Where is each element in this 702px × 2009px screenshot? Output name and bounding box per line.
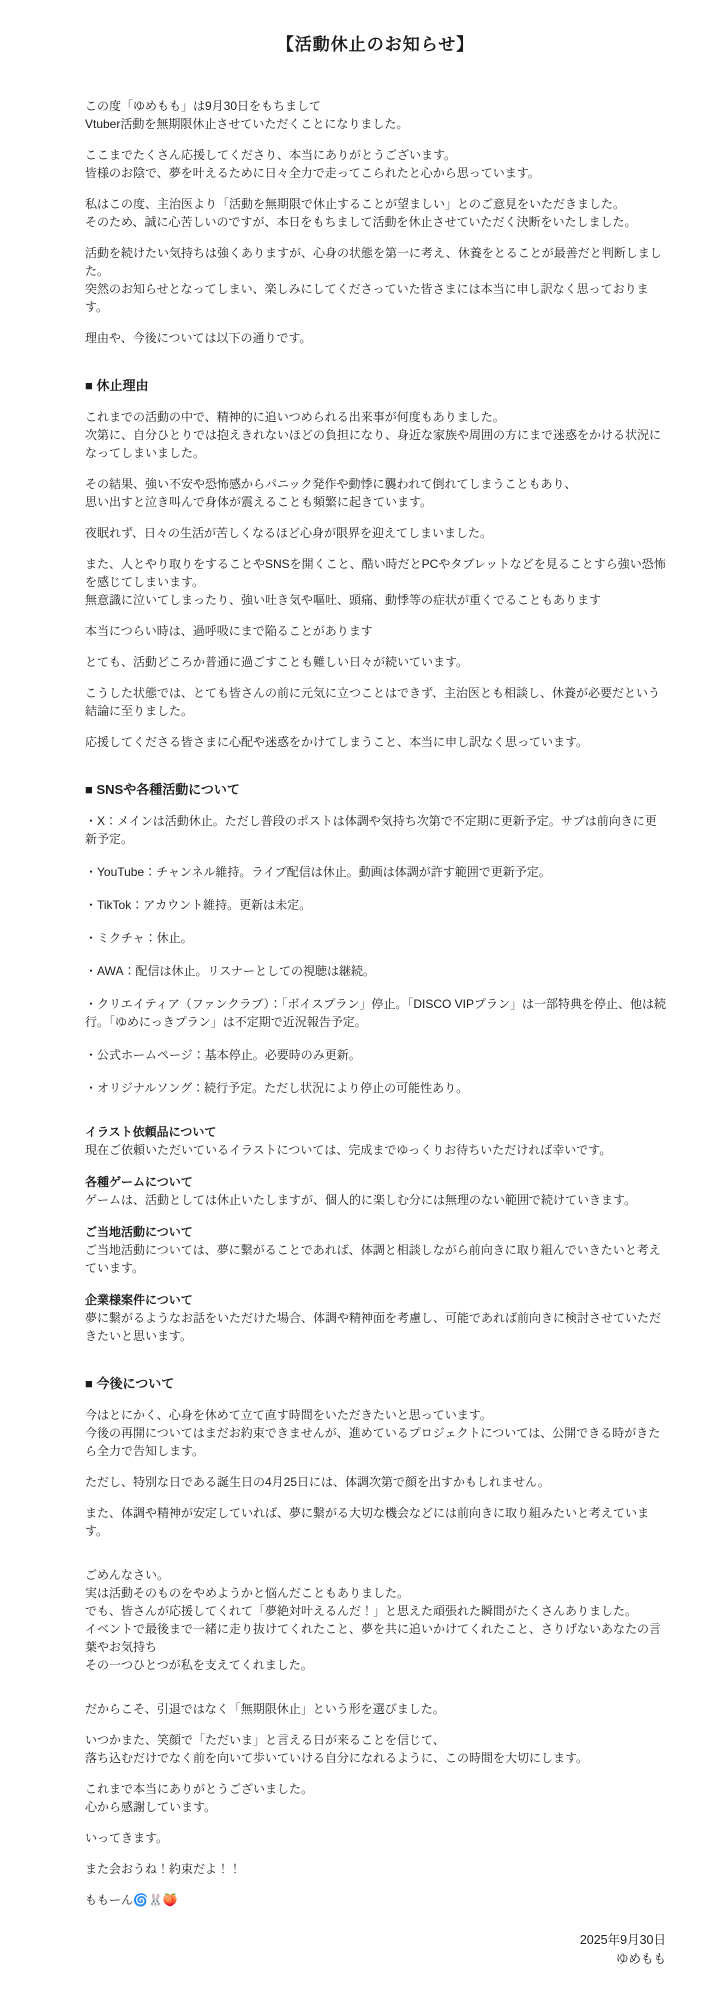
bullet-homepage: ・公式ホームページ：基本停止。必要時のみ更新。 <box>85 1046 666 1064</box>
reason-fear-of-sns: また、人とやり取りをすることやSNSを開くこと、酷い時だとPCやタブレットなどを… <box>85 555 666 609</box>
intro-announcement: この度「ゆめもも」は9月30日をもちまして Vtuber活動を無期限休止させてい… <box>85 97 666 133</box>
sns-heading: ■ SNSや各種活動について <box>85 781 666 799</box>
future-heading: ■ 今後について <box>85 1375 666 1393</box>
page-title: 【活動休止のお知らせ】 <box>85 30 666 55</box>
bullet-mixchannel: ・ミクチャ：休止。 <box>85 929 666 947</box>
not-retirement: だからこそ、引退ではなく「無期限休止」という形を選びました。 <box>85 1700 666 1718</box>
local-activity-subheading: ご当地活動について <box>85 1223 666 1241</box>
future-rest: 今はとにかく、心身を休めて立て直す時間をいただきたいと思っています。 今後の再開… <box>85 1406 666 1460</box>
bullet-fanclub: ・クリエイティア（ファンクラブ）：「ボイスプラン」停止。「DISCO VIPプラ… <box>85 995 666 1031</box>
reason-hyperventilation: 本当につらい時は、過呼吸にまで陥ることがあります <box>85 622 666 640</box>
hope-to-return: いつかまた、笑顔で「ただいま」と言える日が来ることを信じて、 落ち込むだけでなく… <box>85 1731 666 1767</box>
reason-heading: ■ 休止理由 <box>85 377 666 395</box>
apology-reflection: ごめんなさい。 実は活動そのものをやめようかと悩んだこともありました。 でも、皆… <box>85 1566 666 1674</box>
footer-date: 2025年9月30日 <box>85 1931 666 1950</box>
reason-conclusion: こうした状態では、とても皆さんの前に元気に立つことはできず、主治医とも相談し、休… <box>85 684 666 720</box>
reason-sleepless: 夜眠れず、日々の生活が苦しくなるほど心身が限界を迎えてしまいました。 <box>85 524 666 542</box>
footer-author: ゆめもも <box>85 1950 666 1969</box>
bullet-youtube: ・YouTube：チャンネル維持。ライブ配信は休止。動画は体調が許す範囲で更新予… <box>85 863 666 881</box>
signature-emoji-line: ももーん🌀🐰🍑 <box>85 1891 666 1909</box>
intro-doctor-advice: 私はこの度、主治医より「活動を無期限で休止することが望ましい」とのご意見をいただ… <box>85 195 666 231</box>
reason-apology: 応援してくださる皆さまに心配や迷惑をかけてしまうこと、本当に申し訳なく思っていま… <box>85 733 666 751</box>
reason-panic: その結果、強い不安や恐怖感からパニック発作や動悸に襲われて倒れてしまうこともあり… <box>85 475 666 511</box>
document-footer: 2025年9月30日 ゆめもも <box>85 1931 666 1969</box>
reason-daily-life: とても、活動どころか普通に過ごすことも難しい日々が続いています。 <box>85 653 666 671</box>
games-body: ゲームは、活動としては休止いたしますが、個人的に楽しむ分には無理のない範囲で続け… <box>85 1191 666 1209</box>
business-subheading: 企業様案件について <box>85 1291 666 1309</box>
intro-decision: 活動を続けたい気持ちは強くありますが、心身の状態を第一に考え、休養をとることが最… <box>85 244 666 316</box>
announcement-page: 【活動休止のお知らせ】 この度「ゆめもも」は9月30日をもちまして Vtuber… <box>0 0 702 2009</box>
future-birthday: ただし、特別な日である誕生日の4月25日には、体調次第で顔を出すかもしれません。 <box>85 1473 666 1491</box>
bullet-awa: ・AWA：配信は休止。リスナーとしての視聴は継続。 <box>85 962 666 980</box>
games-subheading: 各種ゲームについて <box>85 1173 666 1191</box>
intro-thanks: ここまでたくさん応援してくださり、本当にありがとうございます。 皆様のお陰で、夢… <box>85 146 666 182</box>
bullet-tiktok: ・TikTok：アカウント維持。更新は未定。 <box>85 896 666 914</box>
intro-lead-in: 理由や、今後については以下の通りです。 <box>85 329 666 347</box>
local-activity-body: ご当地活動については、夢に繋がることであれば、体調と相談しながら前向きに取り組ん… <box>85 1241 666 1277</box>
reason-mental: これまでの活動の中で、精神的に追いつめられる出来事が何度もありました。 次第に、… <box>85 408 666 462</box>
future-opportunities: また、体調や精神が安定していれば、夢に繋がる大切な機会などには前向きに取り組みた… <box>85 1504 666 1540</box>
bullet-x: ・X：メインは活動休止。ただし普段のポストは体調や気持ち次第で不定期に更新予定。… <box>85 812 666 848</box>
business-body: 夢に繋がるようなお話をいただけた場合、体調や精神面を考慮し、可能であれば前向きに… <box>85 1309 666 1345</box>
document-body: この度「ゆめもも」は9月30日をもちまして Vtuber活動を無期限休止させてい… <box>85 97 666 1909</box>
illustration-subheading: イラスト依頼品について <box>85 1123 666 1141</box>
bullet-original-song: ・オリジナルソング：続行予定。ただし状況により停止の可能性あり。 <box>85 1079 666 1097</box>
promise: また会おうね！約束だよ！！ <box>85 1860 666 1878</box>
final-thanks: これまで本当にありがとうございました。 心から感謝しています。 <box>85 1780 666 1816</box>
illustration-body: 現在ご依頼いただいているイラストについては、完成までゆっくりお待ちいただければ幸… <box>85 1141 666 1159</box>
farewell: いってきます。 <box>85 1829 666 1847</box>
